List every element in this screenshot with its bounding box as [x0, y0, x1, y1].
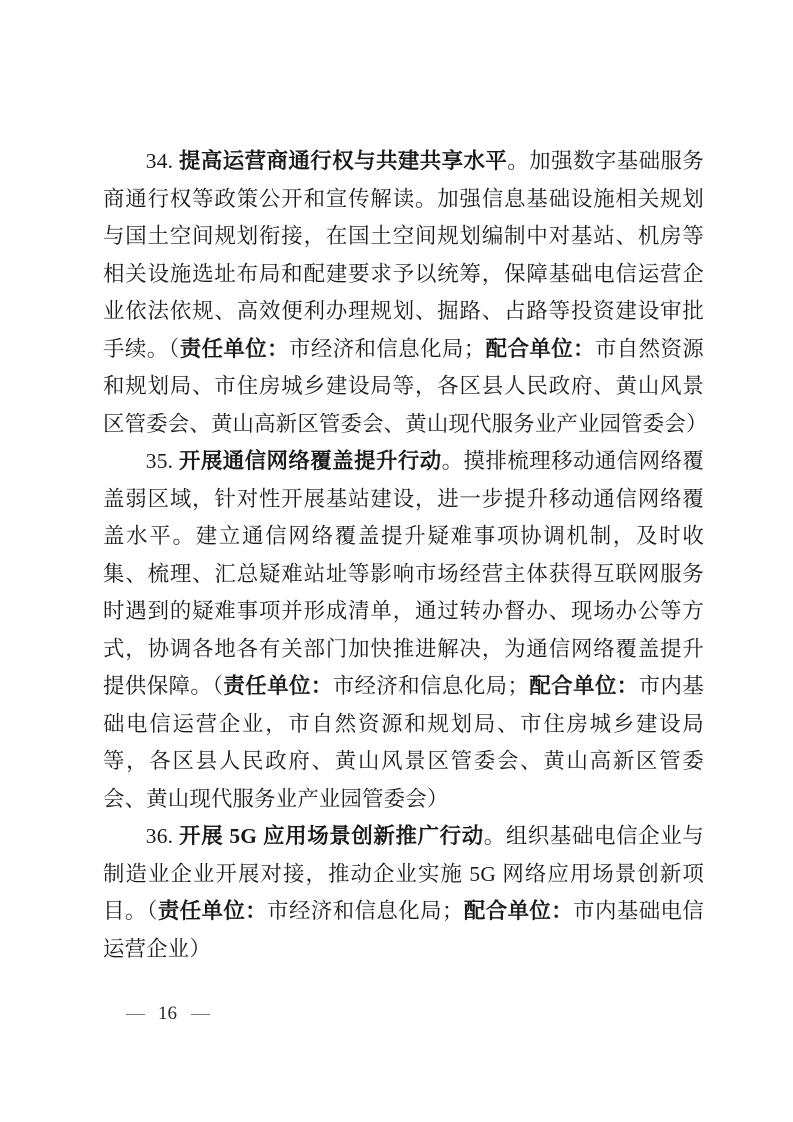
body-text: 35.	[146, 449, 179, 473]
bold-text: 开展通信网络覆盖提升行动	[179, 449, 442, 473]
document-body: 34. 提高运营商通行权与共建共享水平。加强数字基础服务商通行权等政策公开和宣传…	[103, 143, 704, 968]
bold-text: 配合单位：	[485, 337, 595, 361]
paragraph: 35. 开展通信网络覆盖提升行动。摸排梳理移动通信网络覆盖弱区域，针对性开展基站…	[103, 443, 704, 818]
body-text: 34.	[146, 149, 179, 173]
page-footer: — 16 —	[126, 1002, 209, 1026]
bold-text: 责任单位：	[223, 674, 332, 698]
footer-left-dash: —	[126, 1002, 144, 1026]
body-text: 市经济和信息化局；	[267, 899, 463, 923]
body-text: 36.	[146, 824, 179, 848]
document-page: 34. 提高运营商通行权与共建共享水平。加强数字基础服务商通行权等政策公开和宣传…	[0, 0, 793, 1122]
paragraph: 36. 开展 5G 应用场景创新推广行动。组织基础电信企业与制造业企业开展对接，…	[103, 818, 704, 968]
bold-text: 责任单位：	[180, 337, 289, 361]
body-text: 。摸排梳理移动通信网络覆盖弱区域，针对性开展基站建设，进一步提升移动通信网络覆盖…	[103, 449, 704, 698]
bold-text: 责任单位：	[158, 899, 267, 923]
bold-text: 配合单位：	[529, 674, 639, 698]
footer-right-dash: —	[191, 1002, 209, 1026]
body-text: 。加强数字基础服务商通行权等政策公开和宣传解读。加强信息基础设施相关规划与国土空…	[103, 149, 704, 361]
bold-text: 开展 5G 应用场景创新推广行动	[179, 824, 484, 848]
body-text: 市经济和信息化局；	[333, 674, 529, 698]
page-number: 16	[158, 1002, 177, 1026]
bold-text: 配合单位：	[464, 899, 574, 923]
body-text: 市经济和信息化局；	[289, 337, 485, 361]
bold-text: 提高运营商通行权与共建共享水平	[179, 149, 507, 173]
paragraph: 34. 提高运营商通行权与共建共享水平。加强数字基础服务商通行权等政策公开和宣传…	[103, 143, 704, 443]
